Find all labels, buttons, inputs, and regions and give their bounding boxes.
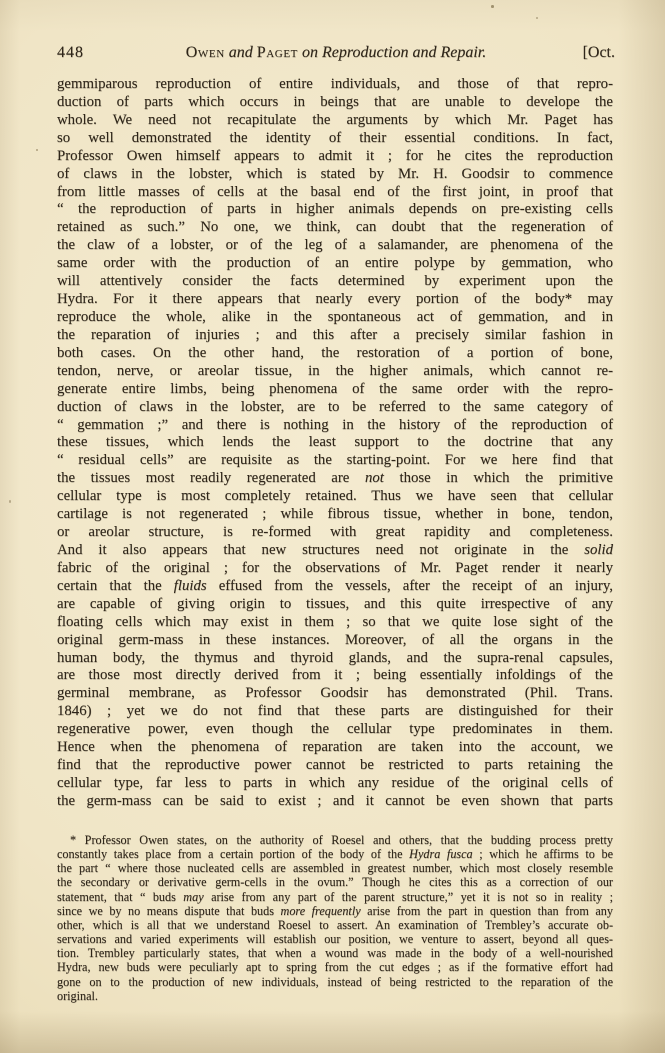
text-line: 1846) ; yet we do not find that these pa… xyxy=(57,703,613,721)
issue-label: [Oct. xyxy=(555,44,615,62)
footnote-line: since we by no means dispute that buds m… xyxy=(57,904,613,918)
footnote-line: original. xyxy=(57,989,613,1003)
text-line: “ the reproduction of parts in higher an… xyxy=(57,201,613,219)
text-line: the claw of a lobster, or of the leg of … xyxy=(57,237,613,255)
footnote-line: gone on to the production of new individ… xyxy=(57,975,613,989)
text-line: find that the reproductive power cannot … xyxy=(57,757,613,775)
text-line: certain that the fluids effused from the… xyxy=(57,578,613,596)
footnote-line: servations and varied experiments will e… xyxy=(57,932,613,946)
text-line: are those most directly derived from it … xyxy=(57,667,613,685)
footnote-line: statement, that “ buds may arise from an… xyxy=(57,890,613,904)
text-line: or areolar structure, is re-formed with … xyxy=(57,524,613,542)
text-line: Hence when the phenomena of reparation a… xyxy=(57,739,613,757)
text-line: from little masses of cells at the basal… xyxy=(57,184,613,202)
footnote: * Professor Owen states, on the authorit… xyxy=(57,833,613,1003)
text-line: these tissues, which lends the least sup… xyxy=(57,434,613,452)
text-line: both cases. On the other hand, the resto… xyxy=(57,345,613,363)
text-line: retained as such.” No one, we think, can… xyxy=(57,219,613,237)
text-line: Hydra. For it there appears that nearly … xyxy=(57,291,613,309)
footnote-line: * Professor Owen states, on the authorit… xyxy=(57,833,613,847)
text-line: of claws in the lobster, which is stated… xyxy=(57,166,613,184)
text-line: reproduce the whole, alike in the sponta… xyxy=(57,309,613,327)
text-line: “ residual cells” are requisite as the s… xyxy=(57,452,613,470)
text-line: regenerative power, even though the cell… xyxy=(57,721,613,739)
text-line: duction of parts which occurs in beings … xyxy=(57,94,613,112)
text-line: floating cells which may exist in them ;… xyxy=(57,614,613,632)
paper-speck xyxy=(491,5,494,8)
footnote-line: tion. Trembley particularly states, that… xyxy=(57,946,613,960)
text-line: Professor Owen himself appears to admit … xyxy=(57,148,613,166)
text-line: duction of claws in the lobster, are to … xyxy=(57,399,613,417)
paper-speck xyxy=(36,149,38,151)
page-header: 448 Owen and Paget on Reproduction and R… xyxy=(57,44,615,64)
footnote-line: Hydra, new buds were peculiarly apt to s… xyxy=(57,960,613,974)
text-line: “ gemmation ;” and there is nothing in t… xyxy=(57,417,613,435)
text-line: are capable of giving origin to tissues,… xyxy=(57,596,613,614)
footnote-line: other, which is all that we understand R… xyxy=(57,918,613,932)
text-line: the tissues most readily regenerated are… xyxy=(57,470,613,488)
footnote-line: the part “ where those nucleated cells a… xyxy=(57,861,613,875)
text-line: generate entire limbs, being phenomena o… xyxy=(57,381,613,399)
paper-speck xyxy=(9,500,11,503)
text-line: fabric of the original ; for the observa… xyxy=(57,560,613,578)
footnote-line: constantly takes place from a certain po… xyxy=(57,847,613,861)
running-title: Owen and Paget on Reproduction and Repai… xyxy=(117,44,555,62)
book-page: 448 Owen and Paget on Reproduction and R… xyxy=(0,0,665,1053)
text-line: the germ-mass can be said to exist ; and… xyxy=(57,793,613,811)
text-line: germinal membrane, as Professor Goodsir … xyxy=(57,685,613,703)
text-line: gemmiparous reproduction of entire indiv… xyxy=(57,76,613,94)
text-line: cellular type, far less to parts in whic… xyxy=(57,775,613,793)
text-line: cellular type is most completely retaine… xyxy=(57,488,613,506)
text-line: so well demonstrated the identity of the… xyxy=(57,130,613,148)
text-line: same order with the production of an ent… xyxy=(57,255,613,273)
article-body: gemmiparous reproduction of entire indiv… xyxy=(57,76,613,811)
text-line: cartilage is not regenerated ; while fib… xyxy=(57,506,613,524)
text-line: human body, the thymus and thyroid gland… xyxy=(57,650,613,668)
text-line: whole. We need not recapitulate the argu… xyxy=(57,112,613,130)
text-line: original germ-mass in these instances. M… xyxy=(57,632,613,650)
footnote-line: the secondary or derivative germ-cells i… xyxy=(57,875,613,889)
text-line: And it also appears that new structures … xyxy=(57,542,613,560)
page-number: 448 xyxy=(57,44,117,62)
text-line: tendon, nerve, or areolar tissue, in the… xyxy=(57,363,613,381)
text-line: will attentively consider the facts dete… xyxy=(57,273,613,291)
paper-speck xyxy=(536,17,538,19)
text-line: the reparation of injuries ; and this af… xyxy=(57,327,613,345)
